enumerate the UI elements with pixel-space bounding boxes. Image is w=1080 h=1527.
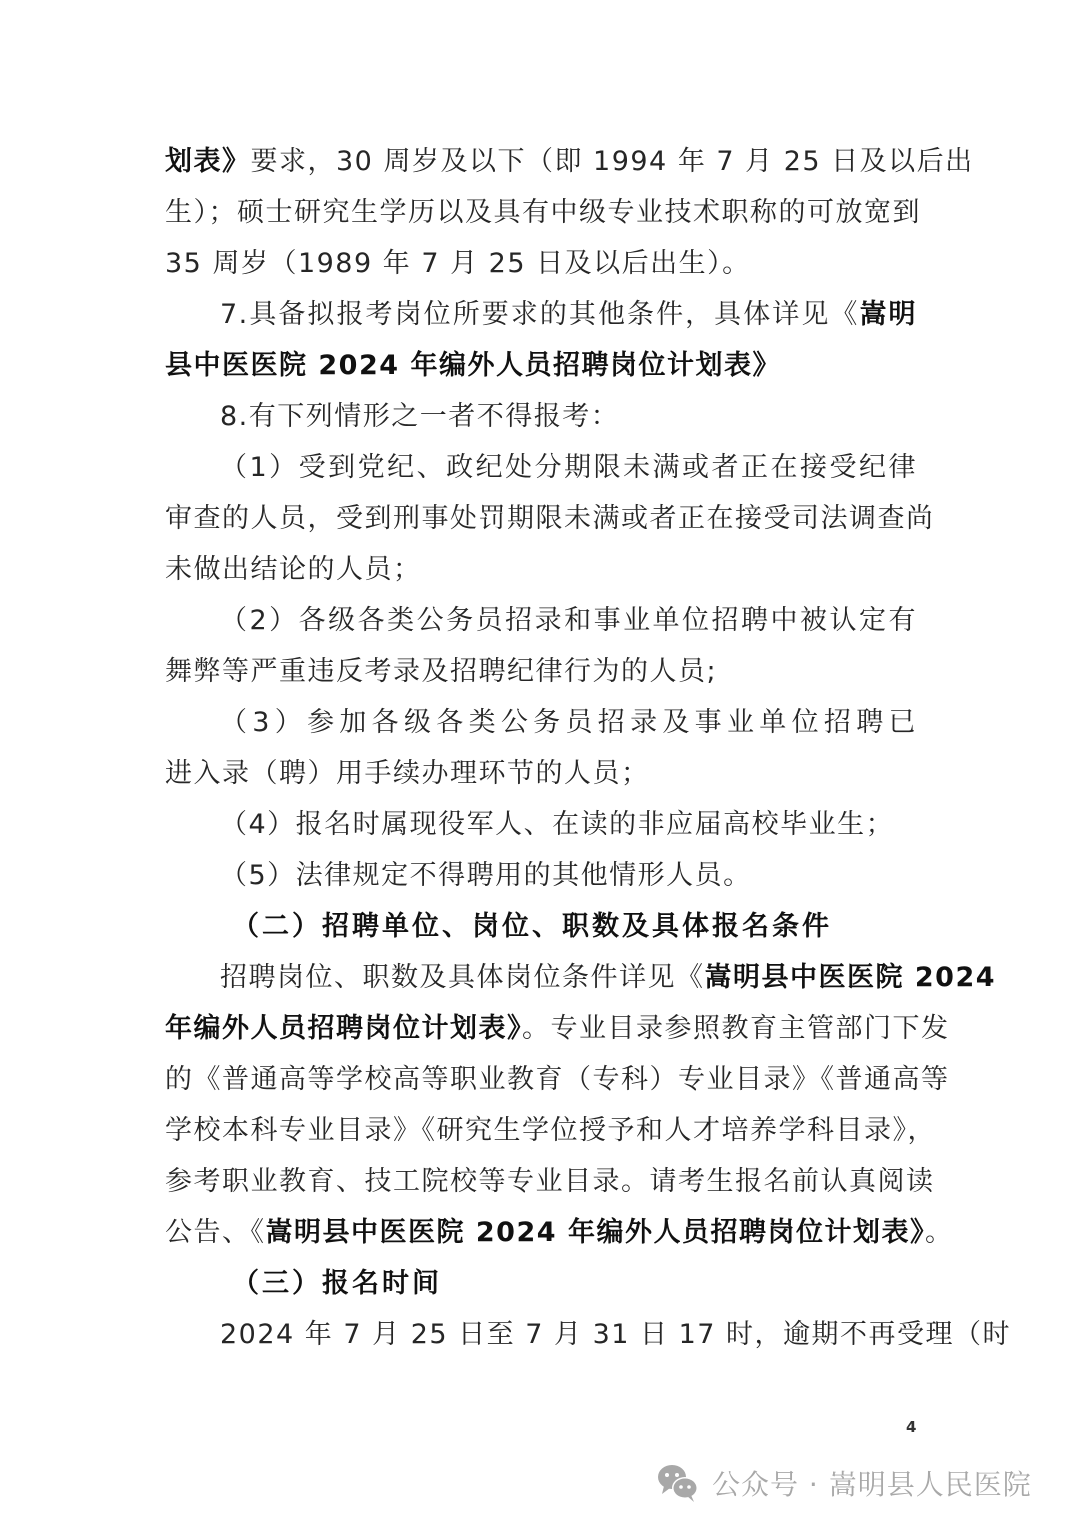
text-line: 公告、《嵩明县中医医院 2024 年编外人员招聘岗位计划表》。 (165, 1213, 917, 1253)
bold-text: 嵩明县中医医院 2024 年编外人员招聘岗位计划表》 (266, 1217, 925, 1248)
wechat-icon (656, 1463, 700, 1503)
text-span: 7.具备拟报考岗位所要求的其他条件，具体详见《 (220, 299, 859, 330)
text-line: 未做出结论的人员； (165, 550, 917, 590)
text-span: 审查的人员，受到刑事处罚期限未满或者正在接受司法调查尚 (165, 503, 935, 534)
document-page: 划表》要求，30 周岁及以下（即 1994 年 7 月 25 日及以后出生）；硕… (0, 0, 1080, 1527)
text-line: 年编外人员招聘岗位计划表》。专业目录参照教育主管部门下发 (165, 1009, 917, 1049)
text-line: 生）；硕士研究生学历以及具有中级专业技术职称的可放宽到 (165, 193, 917, 233)
bold-text: （三）报名时间 (232, 1268, 442, 1299)
text-line: 学校本科专业目录》《研究生学位授予和人才培养学科目录》， (165, 1111, 917, 1151)
text-span: （4）报名时属现役军人、在读的非应届高校毕业生； (220, 809, 894, 840)
text-line: （2）各级各类公务员招录和事业单位招聘中被认定有 (220, 601, 917, 641)
text-line: 县中医医院 2024 年编外人员招聘岗位计划表》 (165, 346, 917, 386)
text-line: 8.有下列情形之一者不得报考： (220, 397, 917, 437)
section-heading: （二）招聘单位、岗位、职数及具体报名条件 (232, 907, 917, 947)
text-span: 。 (925, 1217, 954, 1248)
watermark-text: 公众号 · 嵩明县人民医院 (712, 1463, 1032, 1503)
text-line: 招聘岗位、职数及具体岗位条件详见《嵩明县中医医院 2024 (220, 958, 917, 998)
text-span: （3）参加各级各类公务员招录及事业单位招聘已 (220, 707, 917, 738)
text-span: （5）法律规定不得聘用的其他情形人员。 (220, 860, 752, 891)
text-span: 未做出结论的人员； (165, 554, 422, 585)
bold-text: 嵩明 (859, 299, 917, 330)
text-span: 的《普通高等学校高等职业教育（专科）专业目录》《普通高等 (165, 1064, 950, 1095)
text-line: （1）受到党纪、政纪处分期限未满或者正在接受纪律 (220, 448, 917, 488)
text-span: 2024 年 7 月 25 日至 7 月 31 日 17 时，逾期不再受理（时 (220, 1319, 1011, 1350)
bold-text: 县中医医院 2024 年编外人员招聘岗位计划表》 (165, 350, 781, 381)
text-span: 舞弊等严重违反考录及招聘纪律行为的人员; (165, 656, 717, 687)
text-span: 8.有下列情形之一者不得报考： (220, 401, 619, 432)
wechat-watermark: 公众号 · 嵩明县人民医院 (656, 1460, 1032, 1506)
text-span: （2）各级各类公务员招录和事业单位招聘中被认定有 (220, 605, 917, 636)
text-span: 学校本科专业目录》《研究生学位授予和人才培养学科目录》， (165, 1115, 936, 1146)
text-line: 舞弊等严重违反考录及招聘纪律行为的人员; (165, 652, 917, 692)
bold-text: 年编外人员招聘岗位计划表》 (165, 1013, 522, 1044)
bold-text: 划表》 (165, 146, 251, 177)
bold-text: 嵩明县中医医院 2024 (705, 962, 997, 993)
text-span: 参考职业教育、技工院校等专业目录。请考生报名前认真阅读 (165, 1166, 935, 1197)
text-line: 7.具备拟报考岗位所要求的其他条件，具体详见《嵩明 (220, 295, 917, 335)
section-heading: （三）报名时间 (232, 1264, 917, 1304)
text-span: 进入录（聘）用手续办理环节的人员； (165, 758, 650, 789)
text-span: 公告、《 (165, 1217, 266, 1248)
text-line: 参考职业教育、技工院校等专业目录。请考生报名前认真阅读 (165, 1162, 917, 1202)
bold-text: （二）招聘单位、岗位、职数及具体报名条件 (232, 911, 832, 942)
page-number: 4 (906, 1418, 916, 1436)
text-span: （1）受到党纪、政纪处分期限未满或者正在接受纪律 (220, 452, 917, 483)
text-span: 35 周岁（1989 年 7 月 25 日及以后出生）。 (165, 248, 751, 279)
text-line: 35 周岁（1989 年 7 月 25 日及以后出生）。 (165, 244, 917, 284)
text-line: 划表》要求，30 周岁及以下（即 1994 年 7 月 25 日及以后出 (165, 142, 917, 182)
text-span: 要求，30 周岁及以下（即 1994 年 7 月 25 日及以后出 (251, 146, 974, 177)
text-line: （4）报名时属现役军人、在读的非应届高校毕业生； (220, 805, 917, 845)
text-line: 2024 年 7 月 25 日至 7 月 31 日 17 时，逾期不再受理（时 (220, 1315, 917, 1355)
text-line: 的《普通高等学校高等职业教育（专科）专业目录》《普通高等 (165, 1060, 917, 1100)
text-line: 进入录（聘）用手续办理环节的人员； (165, 754, 917, 794)
text-line: 审查的人员，受到刑事处罚期限未满或者正在接受司法调查尚 (165, 499, 917, 539)
text-span: 招聘岗位、职数及具体岗位条件详见《 (220, 962, 705, 993)
text-span: 。专业目录参照教育主管部门下发 (522, 1013, 950, 1044)
text-line: （3）参加各级各类公务员招录及事业单位招聘已 (220, 703, 917, 743)
text-line: （5）法律规定不得聘用的其他情形人员。 (220, 856, 917, 896)
text-span: 生）；硕士研究生学历以及具有中级专业技术职称的可放宽到 (165, 197, 921, 228)
